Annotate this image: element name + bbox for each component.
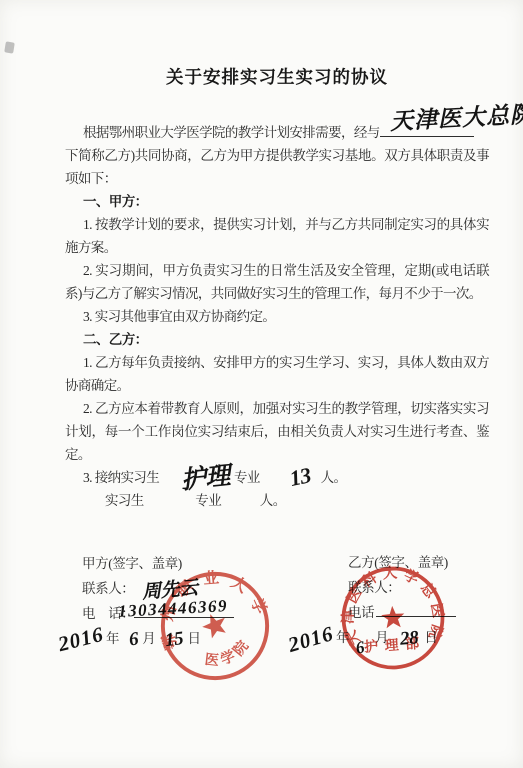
month-handwriting: 6 — [128, 627, 140, 653]
party-b-name-handwriting: 天津医大总院 — [371, 103, 523, 134]
year-handwriting: 2016 — [285, 621, 336, 658]
phone-handwriting: 13034446369 — [118, 593, 229, 624]
phone-blank: 13034446369 — [134, 602, 234, 618]
party-a-clause-3: 3. 实习其他事宜由双方协商约定。 — [65, 305, 489, 328]
party-a-date-line: 2016年6月15日 — [82, 626, 234, 651]
party-b-name-blank: 天津医大总院 — [380, 121, 474, 137]
page-title: 关于安排实习生实习的协议 — [65, 64, 489, 89]
clause-3-major-label: 专业 — [234, 470, 260, 485]
party-a-clause-2: 2. 实习期间，甲方负责实习生的日常生活及安全管理，定期(或电话联系)与乙方了解… — [65, 259, 489, 305]
month-unit-label: 月 — [142, 631, 155, 646]
party-a-clause-1: 1. 按教学计划的要求，提供实习计划，并与乙方共同制定实习的具体实施方案。 — [65, 213, 489, 259]
party-b-role-label: 乙方(签字、盖章) — [348, 550, 456, 575]
scanned-agreement-page: 关于安排实习生实习的协议 根据鄂州职业大学医学院的教学计划安排需要，经与天津医大… — [0, 0, 523, 768]
major-handwriting: 护理 — [163, 477, 229, 484]
phone-label: 电话 — [348, 605, 374, 620]
year-unit-label: 年 — [336, 630, 349, 645]
party-b-clause-3-blank-line: 实习生 专业 人。 — [65, 489, 489, 512]
clause-3-suffix: 人。 — [321, 470, 347, 485]
party-b-contact-line: 联系人： — [348, 575, 456, 600]
day-handwriting: 15 — [164, 626, 185, 653]
party-b-signature-block: 乙方(签字、盖章) 联系人： 电话 2016年月28日 6 — [348, 550, 456, 650]
month-unit-label: 月 — [375, 630, 388, 645]
day-unit-label: 日 — [424, 630, 437, 645]
phone-blank — [376, 601, 456, 617]
party-a-role-label: 甲方(签字、盖章) — [82, 551, 234, 576]
party-a-heading: 一、甲方： — [65, 190, 489, 213]
document-body: 关于安排实习生实习的协议 根据鄂州职业大学医学院的教学计划安排需要，经与天津医大… — [65, 64, 489, 512]
party-b-clause-3: 3. 接纳实习生护理专业13人。 — [65, 466, 489, 489]
year-unit-label: 年 — [106, 631, 119, 646]
count-handwriting: 13 — [272, 475, 310, 483]
contact-label: 联系人： — [82, 581, 134, 596]
scan-artifact-mark — [4, 41, 15, 53]
party-a-phone-line: 电 话：13034446369 — [82, 601, 234, 626]
intro-text-before-blank: 根据鄂州职业大学医学院的教学计划安排需要，经与 — [83, 125, 380, 140]
intro-text-after-blank: 下简称乙方)共同协商，乙方为甲方提供教学实习基地。双方具体职责及事项如下： — [65, 144, 489, 190]
party-a-signature-block: 甲方(签字、盖章) 联系人：周先云 电 话：13034446369 2016年6… — [82, 551, 234, 651]
intro-line: 根据鄂州职业大学医学院的教学计划安排需要，经与天津医大总院 — [65, 121, 489, 144]
year-handwriting: 2016 — [56, 622, 107, 657]
day-unit-label: 日 — [188, 631, 201, 646]
party-b-heading: 二、乙方： — [65, 328, 489, 351]
party-b-clause-2: 2. 乙方应本着带教育人原则，加强对实习生的教学管理，切实落实实习计划，每一个工… — [65, 397, 489, 466]
party-b-date-line: 2016年月28日 — [348, 625, 456, 650]
day-handwriting: 28 — [399, 625, 419, 651]
clause-3-prefix: 3. 接纳实习生 — [83, 470, 159, 485]
party-b-clause-1: 1. 乙方每年负责接纳、安排甲方的实习生学习、实习，具体人数由双方协商确定。 — [65, 351, 489, 397]
party-b-phone-line: 电话 — [348, 600, 456, 625]
